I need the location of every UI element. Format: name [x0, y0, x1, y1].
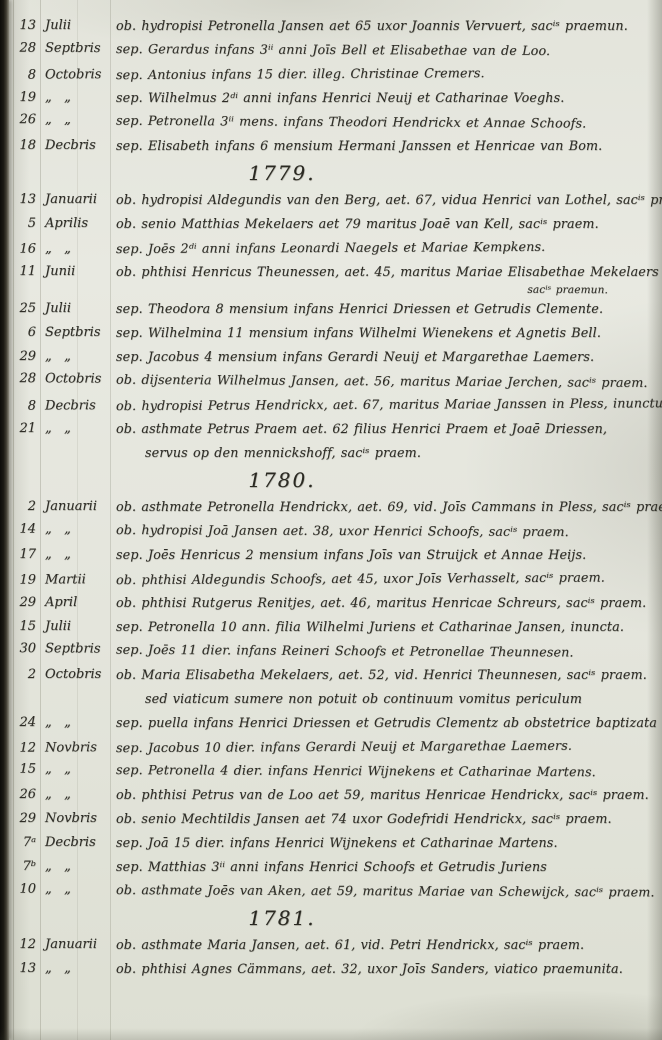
entry-month: [36, 441, 113, 465]
register-row: 8 Decbris ob. hydropisi Petrus Hendrickx…: [0, 391, 662, 418]
entry-text: sep. Joēs 2ᵈⁱ anni infans Leonardi Naege…: [113, 234, 662, 261]
entry-text: sacⁱˢ praemun.: [113, 283, 662, 298]
register-row: 17 „ „ sep. Joēs Henricus 2 mensium infa…: [0, 543, 662, 567]
entry-text: sep. Petronella 3ⁱⁱ mens. infans Theodor…: [113, 109, 662, 136]
entry-month: Martii: [36, 568, 113, 592]
register-row: 29 April ob. phthisi Rutgerus Renitjes, …: [0, 591, 662, 615]
entry-text: ob. phthisi Petrus van de Loo aet 59, ma…: [113, 783, 662, 807]
register-row: 26 „ „ sep. Petronella 3ⁱⁱ mens. infans …: [0, 108, 662, 136]
entry-day: 26: [0, 108, 36, 132]
entry-day: 15: [0, 615, 36, 639]
register-row: 7ᵃ Decbris sep. Joā 15 dier. infans Henr…: [0, 831, 662, 855]
entry-day: 26: [0, 783, 36, 807]
entry-day: 19: [0, 86, 36, 110]
register-row: 6 Septbris sep. Wilhelmina 11 mensium in…: [0, 321, 662, 345]
register-row: 15 Julii sep. Petronella 10 ann. filia W…: [0, 615, 662, 639]
year-heading-row: 1781.: [0, 903, 662, 933]
entry-month: Julii: [36, 297, 113, 321]
entry-text: sep. Elisabeth infans 6 mensium Hermani …: [113, 134, 662, 158]
entry-month: Octobris: [36, 63, 113, 87]
register-row: sed viaticum sumere non potuit ob contin…: [0, 687, 662, 711]
entry-day: 15: [0, 758, 36, 782]
entry-day: 7ᵇ: [0, 855, 36, 879]
entry-month: Junii: [36, 260, 113, 284]
entry-text: sed viaticum sumere non potuit ob contin…: [113, 687, 662, 711]
entry-day: 7ᵃ: [0, 831, 36, 855]
entry-text: sep. Wilhelmus 2ᵈⁱ anni infans Henrici N…: [113, 86, 662, 110]
entry-month: „ „: [36, 345, 113, 369]
entry-text: sep. Antonius infans 15 dier. illeg. Chr…: [113, 60, 662, 87]
register-row: 24 „ „ sep. puella infans Henrici Driess…: [0, 711, 662, 735]
entry-day: 8: [0, 64, 36, 88]
entry-day: 28: [0, 367, 36, 391]
year-heading: 1781.: [112, 903, 452, 933]
entry-text: ob. hydropisi Petrus Hendrickx, aet. 67,…: [113, 391, 662, 418]
entry-day: 14: [0, 518, 36, 542]
entry-month: Septbris: [36, 37, 113, 61]
year-heading-row: 1779.: [0, 158, 662, 188]
entry-text: ob. phthisi Aldegundis Schoofs, aet 45, …: [113, 565, 662, 592]
entry-day: 13: [0, 188, 36, 212]
entry-month: Septbris: [36, 637, 113, 661]
entry-text: sep. Wilhelmina 11 mensium infans Wilhel…: [113, 321, 662, 345]
entry-text: ob. hydropisi Aldegundis van den Berg, a…: [113, 188, 662, 212]
register-content: 13 Julii ob. hydropisi Petronella Jansen…: [0, 0, 662, 981]
entry-text: ob. hydropisi Petronella Jansen aet 65 u…: [113, 14, 662, 38]
register-row: 26 „ „ ob. phthisi Petrus van de Loo aet…: [0, 783, 662, 807]
register-row: 5 Aprilis ob. senio Matthias Mekelaers a…: [0, 212, 662, 236]
entry-month: Decbris: [36, 134, 113, 158]
register-row: 16 „ „ sep. Joēs 2ᵈⁱ anni infans Leonard…: [0, 234, 662, 261]
entry-day: 10: [0, 878, 36, 902]
entry-month: Januarii: [36, 933, 113, 957]
entry-day: 30: [0, 637, 36, 661]
register-scan-page: 13 Julii ob. hydropisi Petronella Jansen…: [0, 0, 662, 1040]
entry-text: sep. Matthias 3ⁱⁱ anni infans Henrici Sc…: [113, 855, 662, 879]
entry-text: sep. Gerardus infans 3ⁱⁱ anni Joīs Bell …: [113, 37, 662, 63]
entry-month: „ „: [36, 957, 113, 981]
entry-text: ob. asthmate Maria Jansen, aet. 61, vid.…: [113, 933, 662, 957]
page-edge-shading: [647, 0, 662, 1040]
entry-day: 2: [0, 663, 36, 687]
entry-month: Decbris: [36, 831, 113, 855]
register-row: 13 Januarii ob. hydropisi Aldegundis van…: [0, 188, 662, 212]
entry-day: 13: [0, 14, 36, 38]
entry-day: [0, 687, 36, 711]
year-heading: 1780.: [112, 465, 452, 495]
entry-month: „ „: [36, 237, 113, 261]
register-row: 2 Januarii ob. asthmate Petronella Hendr…: [0, 495, 662, 519]
entry-month: Januarii: [36, 495, 113, 519]
entry-day: 29: [0, 807, 36, 831]
register-row: 15 „ „ sep. Petronella 4 dier. infans He…: [0, 758, 662, 785]
register-row: 7ᵇ „ „ sep. Matthias 3ⁱⁱ anni infans Hen…: [0, 855, 662, 879]
entry-text: ob. asthmate Petrus Praem aet. 62 filius…: [113, 417, 662, 441]
entry-month: „ „: [36, 417, 113, 441]
entry-month: Januarii: [36, 188, 113, 212]
entry-month: Octobris: [36, 663, 113, 687]
entry-day: 16: [0, 238, 36, 262]
register-row: 12 Novbris sep. Jacobus 10 dier. infans …: [0, 733, 662, 760]
entry-day: [0, 283, 36, 296]
entry-text: sep. Petronella 4 dier. infans Henrici W…: [113, 758, 662, 784]
entry-day: 12: [0, 933, 36, 957]
register-row: 11 Junii ob. phthisi Henricus Theunessen…: [0, 260, 662, 284]
register-row: 13 Julii ob. hydropisi Petronella Jansen…: [0, 14, 662, 38]
register-row: 13 „ „ ob. phthisi Agnes Cämmans, aet. 3…: [0, 957, 662, 981]
register-row: 14 „ „ ob. hydropisi Joā Jansen aet. 38,…: [0, 518, 662, 545]
entry-month: „ „: [36, 878, 113, 902]
entry-month: Octobris: [36, 367, 113, 391]
register-row: 21 „ „ ob. asthmate Petrus Praem aet. 62…: [0, 417, 662, 441]
entry-text: ob. senio Mechtildis Jansen aet 74 uxor …: [113, 807, 662, 831]
entry-day: [0, 441, 36, 465]
entry-month: „ „: [36, 543, 113, 567]
entry-month: „ „: [36, 855, 113, 879]
entry-text: ob. senio Matthias Mekelaers aet 79 mari…: [113, 212, 662, 236]
year-heading: 1779.: [112, 158, 452, 188]
entry-text: servus op den mennickshoff, sacⁱˢ praem.: [113, 441, 662, 465]
entry-text: sep. Joā 15 dier. infans Henrici Wijneke…: [113, 831, 662, 855]
entry-day: 29: [0, 345, 36, 369]
entry-day: 21: [0, 417, 36, 441]
entry-month: Decbris: [36, 394, 113, 418]
entry-day: 28: [0, 37, 36, 61]
entry-day: 13: [0, 957, 36, 981]
entry-day: 11: [0, 260, 36, 284]
page-bottom-shading: [0, 1028, 662, 1040]
entry-day: 25: [0, 297, 36, 321]
entry-day: 6: [0, 321, 36, 345]
entry-day: 5: [0, 212, 36, 236]
entry-text: ob. phthisi Rutgerus Renitjes, aet. 46, …: [113, 591, 662, 615]
entry-month: [36, 687, 113, 711]
entry-text: ob. phthisi Henricus Theunessen, aet. 45…: [113, 260, 662, 284]
register-row: servus op den mennickshoff, sacⁱˢ praem.: [0, 441, 662, 465]
register-row: 19 Martii ob. phthisi Aldegundis Schoofs…: [0, 565, 662, 592]
register-row: 19 „ „ sep. Wilhelmus 2ᵈⁱ anni infans He…: [0, 86, 662, 110]
register-row: 28 Septbris sep. Gerardus infans 3ⁱⁱ ann…: [0, 37, 662, 64]
entry-day: 24: [0, 711, 36, 735]
entry-text: sep. Joēs Henricus 2 mensium infans Joīs…: [113, 543, 662, 567]
entry-month: „ „: [36, 783, 113, 807]
register-row: 29 „ „ sep. Jacobus 4 mensium infans Ger…: [0, 345, 662, 369]
entry-day: 17: [0, 543, 36, 567]
register-row: 8 Octobris sep. Antonius infans 15 dier.…: [0, 60, 662, 87]
entry-month: [36, 283, 113, 296]
entry-day: 2: [0, 495, 36, 519]
entry-text: ob. hydropisi Joā Jansen aet. 38, uxor H…: [113, 518, 662, 544]
entry-month: „ „: [36, 711, 113, 735]
entry-month: „ „: [36, 86, 113, 110]
register-row: 18 Decbris sep. Elisabeth infans 6 mensi…: [0, 134, 662, 158]
entry-month: „ „: [36, 758, 113, 782]
entry-month: Aprilis: [36, 212, 113, 236]
entry-text: sep. Jacobus 4 mensium infans Gerardi Ne…: [113, 345, 662, 369]
entry-month: „ „: [36, 518, 113, 542]
register-row: 30 Septbris sep. Joēs 11 dier. infans Re…: [0, 637, 662, 665]
entry-text: sep. Joēs 11 dier. infans Reineri Schoof…: [113, 638, 662, 665]
entry-text: sep. Theodora 8 mensium infans Henrici D…: [113, 297, 662, 321]
entry-text: ob. asthmate Petronella Hendrickx, aet. …: [113, 495, 662, 519]
entry-month: Julii: [36, 14, 113, 38]
entry-text: sep. Petronella 10 ann. filia Wilhelmi J…: [113, 615, 662, 639]
entry-month: April: [36, 591, 113, 615]
register-row: 29 Novbris ob. senio Mechtildis Jansen a…: [0, 807, 662, 831]
entry-month: Novbris: [36, 807, 113, 831]
entry-text: sep. Jacobus 10 dier. infans Gerardi Neu…: [113, 733, 662, 760]
entry-month: Julii: [36, 615, 113, 639]
entry-day: 18: [0, 134, 36, 158]
entry-text: ob. phthisi Agnes Cämmans, aet. 32, uxor…: [113, 957, 662, 981]
entry-month: „ „: [36, 108, 113, 132]
register-row: 12 Januarii ob. asthmate Maria Jansen, a…: [0, 933, 662, 957]
entry-text: ob. Maria Elisabetha Mekelaers, aet. 52,…: [113, 663, 662, 687]
entry-day: 19: [0, 569, 36, 593]
register-row: 2 Octobris ob. Maria Elisabetha Mekelaer…: [0, 663, 662, 687]
year-heading-row: 1780.: [0, 465, 662, 495]
register-row: 25 Julii sep. Theodora 8 mensium infans …: [0, 297, 662, 321]
entry-day: 29: [0, 591, 36, 615]
entry-day: 8: [0, 395, 36, 419]
entry-text: sep. puella infans Henrici Driessen et G…: [113, 711, 662, 735]
entry-text: ob. asthmate Joēs van Aken, aet 59, mari…: [113, 878, 662, 904]
entry-month: Septbris: [36, 321, 113, 345]
register-row: 10 „ „ ob. asthmate Joēs van Aken, aet 5…: [0, 878, 662, 905]
